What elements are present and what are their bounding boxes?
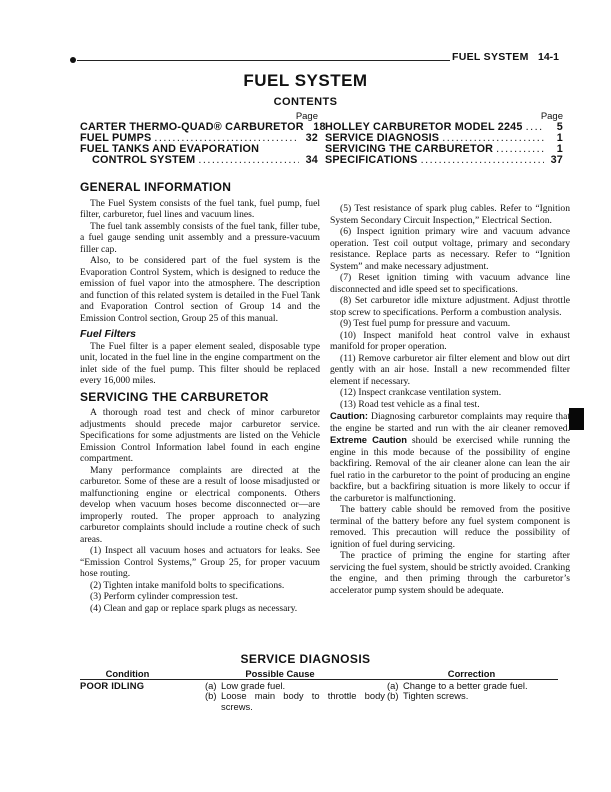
toc-entry[interactable]: SPECIFICATIONS .........................… [325,155,563,166]
paragraph: The Fuel filter is a paper element seale… [80,341,320,387]
paragraph: The practice of priming the engine for s… [330,550,570,596]
procedure-step: (12) Inspect crankcase ventilation syste… [330,387,570,399]
column-header-possible-cause: Possible Cause [175,668,385,679]
extreme-caution-label: Extreme Caution [330,434,407,445]
cause-item: (b) Loose main body to throttle body scr… [205,691,385,712]
page-title: FUEL SYSTEM [0,71,611,91]
toc-entry-label: SPECIFICATIONS [325,155,418,166]
right-text-column: (5) Test resistance of spark plug cables… [330,203,570,596]
paragraph: A thorough road test and check of minor … [80,407,320,465]
procedure-step: (4) Clean and gap or replace spark plugs… [80,603,320,615]
paragraph: The fuel tank assembly consists of the f… [80,221,320,256]
procedure-step: (2) Tighten intake manifold bolts to spe… [80,580,320,592]
procedure-step: (10) Inspect manifold heat control valve… [330,330,570,353]
column-header-condition: Condition [80,668,175,679]
toc-entry-page: 32 [299,133,318,144]
left-text-column: GENERAL INFORMATION The Fuel System cons… [80,182,320,614]
page-number: 14-1 [538,51,559,63]
correction-item: (b) Tighten screws. [387,691,558,701]
toc-entry-page: 37 [544,155,563,166]
procedure-step: (1) Inspect all vacuum hoses and actuato… [80,545,320,580]
correction-cell: (a) Change to a better grade fuel. (b) T… [385,681,558,712]
paragraph: Many performance complaints are directed… [80,465,320,546]
procedure-step: (13) Road test vehicle as a final test. [330,399,570,411]
header-rule [77,60,450,61]
section-thumb-tab [569,408,584,430]
toc-leader: ........................................… [523,122,544,133]
table-header: Condition Possible Cause Correction [80,668,558,680]
toc-leader: ........................................… [195,155,299,166]
toc-entry-page: 34 [299,155,318,166]
running-header-title: FUEL SYSTEM [452,51,529,63]
paragraph: The Fuel System consists of the fuel tan… [80,198,320,221]
toc-left-column: Page CARTER THERMO-QUAD® CARBURETOR 18 F… [80,112,318,167]
procedure-step: (3) Perform cylinder compression test. [80,591,320,603]
toc-right-column: Page HOLLEY CARBURETOR MODEL 2245 ......… [325,112,563,167]
caution-label: Caution: [330,410,368,421]
contents-heading: CONTENTS [0,96,611,108]
possible-cause-cell: (a) Low grade fuel. (b) Loose main body … [175,681,385,712]
procedure-step: (9) Test fuel pump for pressure and vacu… [330,318,570,330]
section-heading-servicing-carburetor: SERVICING THE CARBURETOR [80,392,320,404]
toc-entry-continuation[interactable]: CONTROL SYSTEM .........................… [80,155,318,166]
paragraph: The battery cable should be removed from… [330,504,570,550]
procedure-step: (11) Remove carburetor air filter elemen… [330,353,570,388]
column-header-correction: Correction [385,668,558,679]
toc-entry-label: CONTROL SYSTEM [80,155,195,166]
procedure-step: (8) Set carburetor idle mixture adjustme… [330,295,570,318]
toc-leader: ........................................… [493,144,544,155]
subheading-fuel-filters: Fuel Filters [80,329,320,341]
procedure-step: (5) Test resistance of spark plug cables… [330,203,570,226]
service-diagnosis-table: Condition Possible Cause Correction POOR… [80,668,558,712]
procedure-step: (7) Reset ignition timing with vacuum ad… [330,272,570,295]
table-row: POOR IDLING (a) Low grade fuel. (b) Loos… [80,680,558,712]
caution-note: Caution: Diagnosing carburetor complaint… [330,410,570,504]
section-heading-general-information: GENERAL INFORMATION [80,182,320,194]
paragraph: Also, to be considered part of the fuel … [80,255,320,324]
procedure-step: (6) Inspect ignition primary wire and va… [330,226,570,272]
toc-leader: ........................................… [418,155,544,166]
condition-cell: POOR IDLING [80,681,175,712]
header-bullet [70,57,76,63]
service-diagnosis-heading: SERVICE DIAGNOSIS [0,652,611,666]
